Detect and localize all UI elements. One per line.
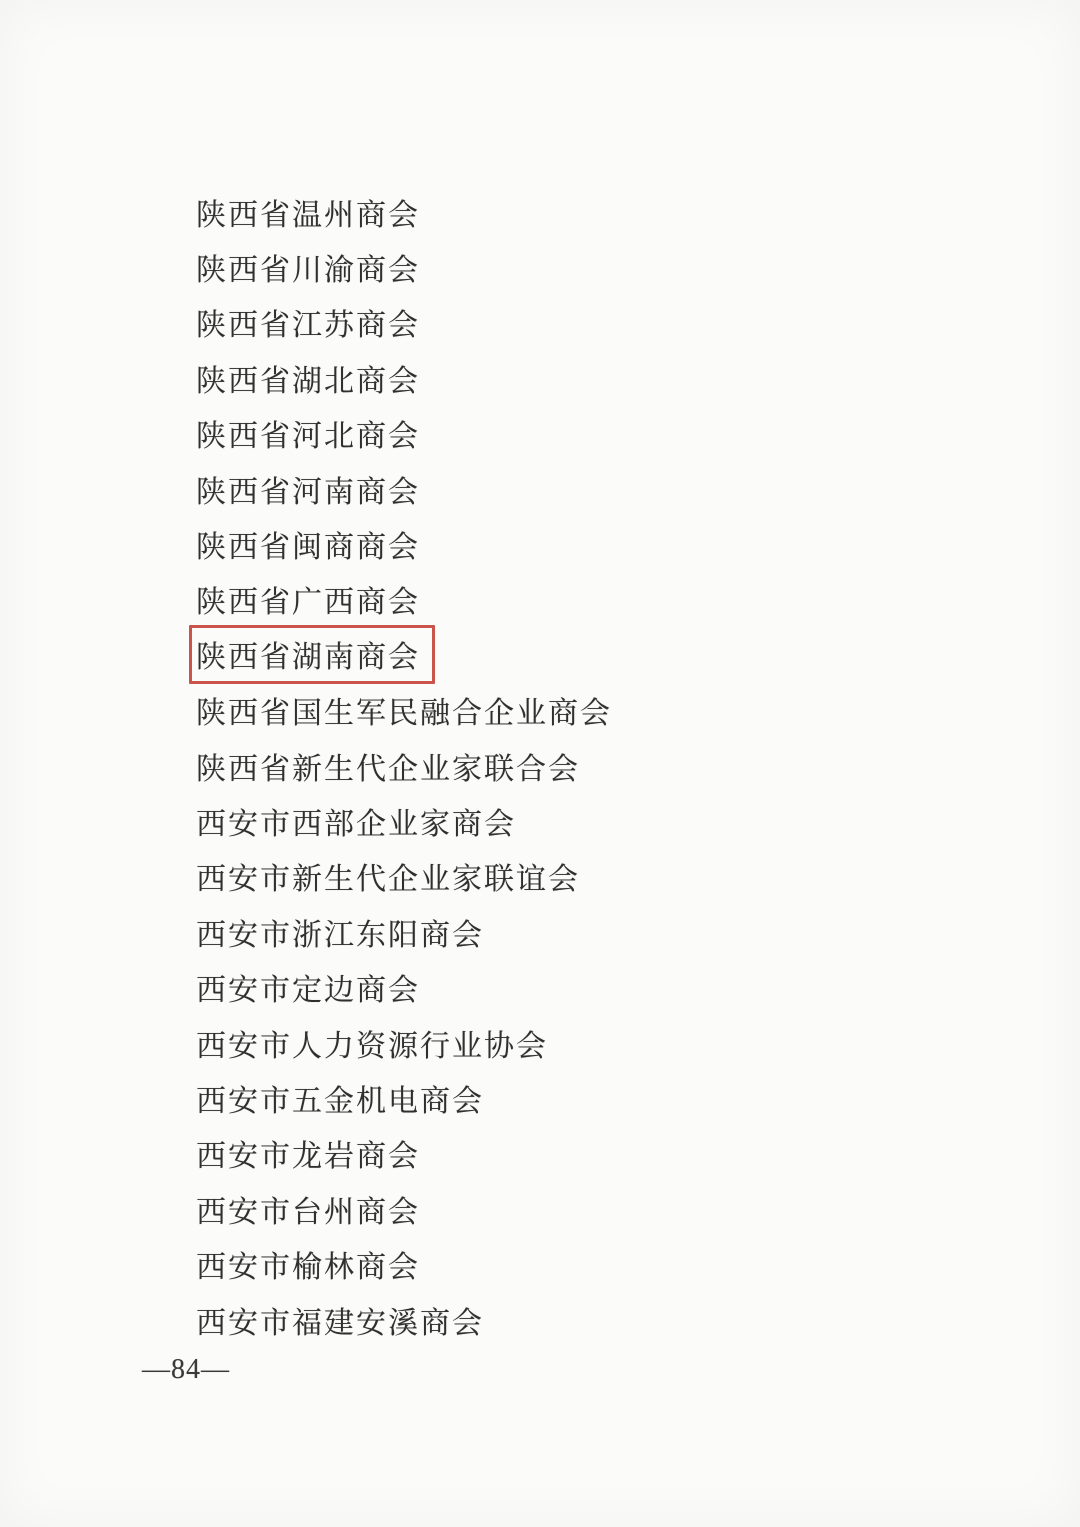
list-item: 西安市福建安溪商会 bbox=[196, 1292, 612, 1347]
organization-name: 西安市新生代企业家联谊会 bbox=[196, 854, 580, 898]
list-item: 陕西省温州商会 bbox=[196, 184, 612, 239]
organization-name: 陕西省河北商会 bbox=[196, 411, 420, 455]
organization-list: 陕西省温州商会 陕西省川渝商会 陕西省江苏商会 陕西省湖北商会 陕西省河北商会 … bbox=[196, 184, 612, 1347]
organization-name: 陕西省河南商会 bbox=[196, 467, 420, 511]
organization-name: 西安市福建安溪商会 bbox=[196, 1298, 484, 1342]
organization-name: 西安市定边商会 bbox=[196, 965, 420, 1009]
highlighted-organization-name: 陕西省湖南商会 bbox=[189, 625, 435, 684]
organization-name: 西安市榆林商会 bbox=[196, 1242, 420, 1286]
organization-name: 陕西省国生军民融合企业商会 bbox=[196, 688, 612, 732]
organization-name: 陕西省江苏商会 bbox=[196, 300, 420, 344]
organization-name: 陕西省温州商会 bbox=[196, 190, 420, 234]
organization-name: 西安市浙江东阳商会 bbox=[196, 910, 484, 954]
page-number: —84— bbox=[142, 1354, 230, 1386]
list-item: 西安市五金机电商会 bbox=[196, 1070, 612, 1125]
list-item: 西安市浙江东阳商会 bbox=[196, 904, 612, 959]
list-item-highlighted: 陕西省湖南商会 bbox=[196, 627, 612, 682]
list-item: 陕西省江苏商会 bbox=[196, 295, 612, 350]
list-item: 西安市新生代企业家联谊会 bbox=[196, 849, 612, 904]
list-item: 西安市龙岩商会 bbox=[196, 1126, 612, 1181]
organization-name: 陕西省川渝商会 bbox=[196, 245, 420, 289]
organization-name: 陕西省闽商商会 bbox=[196, 522, 420, 566]
organization-name: 西安市龙岩商会 bbox=[196, 1131, 420, 1175]
list-item: 西安市榆林商会 bbox=[196, 1236, 612, 1291]
list-item: 陕西省闽商商会 bbox=[196, 516, 612, 571]
list-item: 陕西省河北商会 bbox=[196, 406, 612, 461]
organization-name: 西安市人力资源行业协会 bbox=[196, 1021, 548, 1065]
organization-name: 陕西省湖北商会 bbox=[196, 356, 420, 400]
list-item: 西安市西部企业家商会 bbox=[196, 793, 612, 848]
document-page: 陕西省温州商会 陕西省川渝商会 陕西省江苏商会 陕西省湖北商会 陕西省河北商会 … bbox=[0, 0, 1080, 1527]
list-item: 西安市台州商会 bbox=[196, 1181, 612, 1236]
list-item: 西安市人力资源行业协会 bbox=[196, 1015, 612, 1070]
list-item: 陕西省国生军民融合企业商会 bbox=[196, 683, 612, 738]
list-item: 陕西省湖北商会 bbox=[196, 350, 612, 405]
list-item: 陕西省广西商会 bbox=[196, 572, 612, 627]
organization-name: 陕西省广西商会 bbox=[196, 577, 420, 621]
list-item: 陕西省川渝商会 bbox=[196, 239, 612, 294]
list-item: 西安市定边商会 bbox=[196, 959, 612, 1014]
list-item: 陕西省河南商会 bbox=[196, 461, 612, 516]
organization-name: 西安市台州商会 bbox=[196, 1187, 420, 1231]
list-item: 陕西省新生代企业家联合会 bbox=[196, 738, 612, 793]
organization-name: 西安市五金机电商会 bbox=[196, 1076, 484, 1120]
organization-name: 陕西省新生代企业家联合会 bbox=[196, 744, 580, 788]
organization-name: 西安市西部企业家商会 bbox=[196, 799, 516, 843]
